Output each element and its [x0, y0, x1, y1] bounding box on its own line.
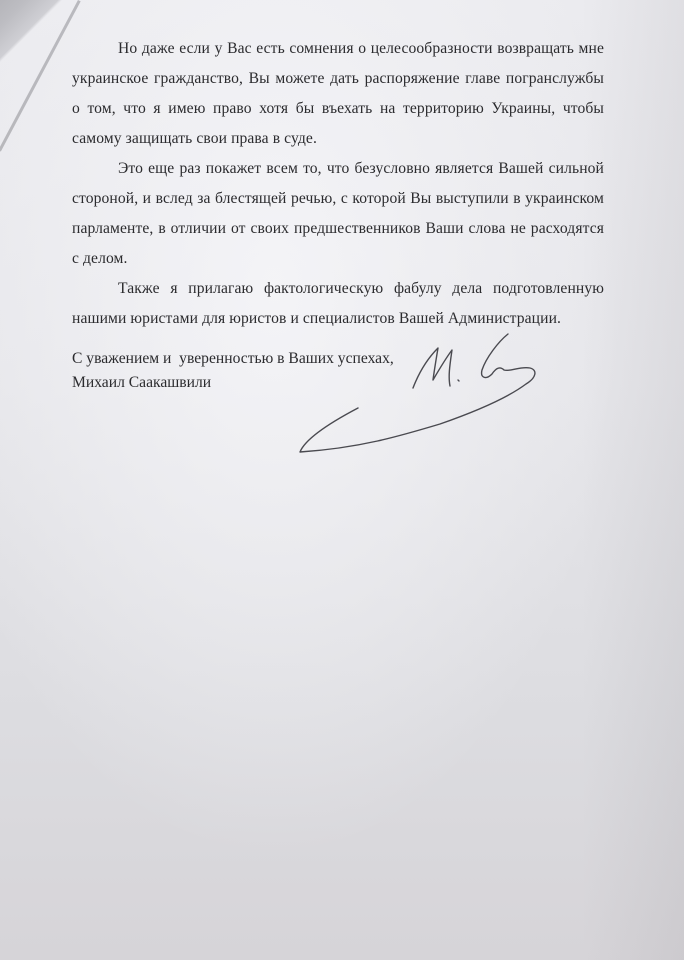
paragraph-2: Это еще раз покажет всем то, что безусло…	[72, 154, 604, 274]
letter-body: Но даже если у Вас есть сомнения о целес…	[72, 34, 604, 334]
paragraph-1: Но даже если у Вас есть сомнения о целес…	[72, 34, 604, 154]
paragraph-3: Также я прилагаю фактологическую фабулу …	[72, 274, 604, 334]
handwritten-signature	[290, 330, 550, 470]
paper-page: Но даже если у Вас есть сомнения о целес…	[0, 0, 684, 960]
folded-page-corner	[0, 0, 80, 170]
